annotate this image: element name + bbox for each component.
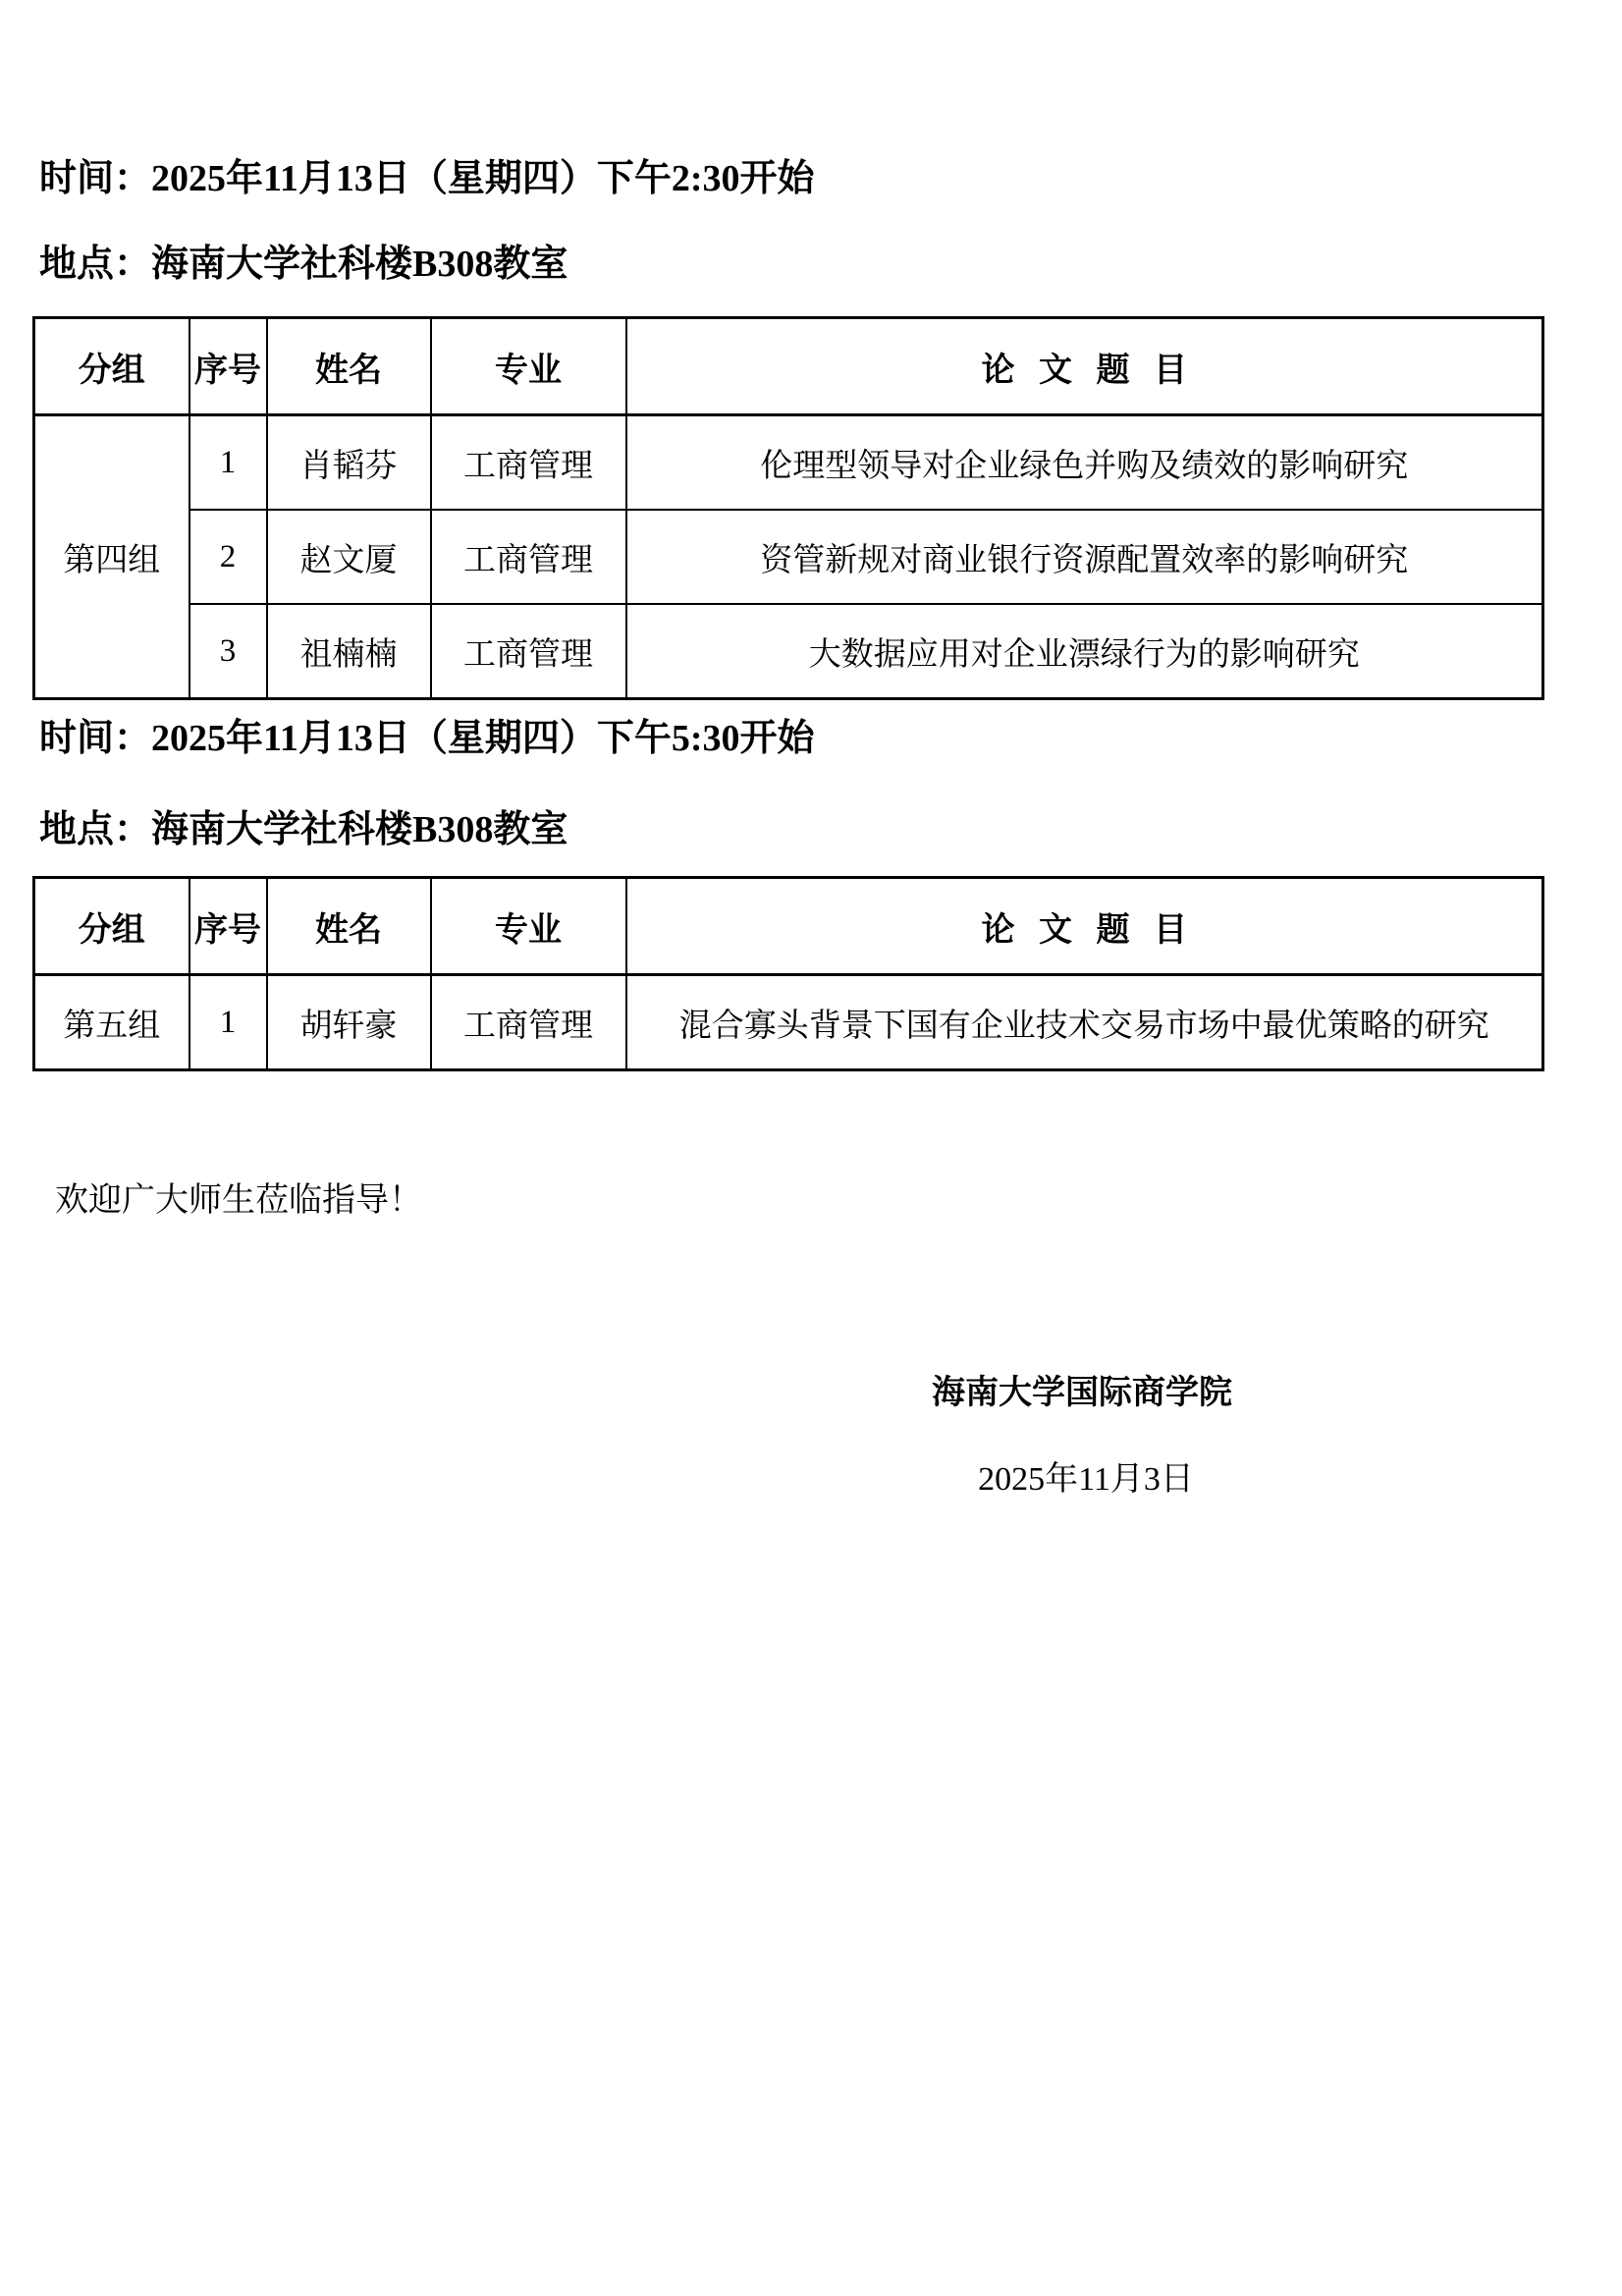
table-header-row: 分组 序号 姓名 专业 论 文 题 目	[34, 318, 1543, 415]
document-page: 时间：2025年11月13日（星期四）下午2:30开始 地点：海南大学社科楼B3…	[0, 0, 1622, 2296]
col-header-seq: 序号	[189, 318, 267, 415]
name-cell: 肖韬芬	[267, 415, 431, 511]
title-cell: 资管新规对商业银行资源配置效率的影响研究	[626, 510, 1543, 604]
session1-place-line: 地点：海南大学社科楼B308教室	[39, 246, 568, 283]
signature-org: 海南大学国际商学院	[932, 1377, 1232, 1410]
col-header-major: 专业	[431, 878, 626, 975]
seq-cell: 1	[189, 975, 267, 1070]
name-cell: 祖楠楠	[267, 604, 431, 699]
signature-date: 2025年11月3日	[978, 1463, 1194, 1497]
title-cell: 大数据应用对企业漂绿行为的影响研究	[626, 604, 1543, 699]
col-header-seq: 序号	[189, 878, 267, 975]
major-cell: 工商管理	[431, 510, 626, 604]
session2-place-line: 地点：海南大学社科楼B308教室	[39, 811, 568, 848]
major-cell: 工商管理	[431, 415, 626, 511]
seq-cell: 1	[189, 415, 267, 511]
name-cell: 胡轩豪	[267, 975, 431, 1070]
session2-defense-table: 分组 序号 姓名 专业 论 文 题 目 第五组 1 胡轩豪 工商管理 混合寡头背…	[32, 876, 1544, 1071]
title-cell: 混合寡头背景下国有企业技术交易市场中最优策略的研究	[626, 975, 1543, 1070]
table-row: 3 祖楠楠 工商管理 大数据应用对企业漂绿行为的影响研究	[34, 604, 1543, 699]
table-row: 第五组 1 胡轩豪 工商管理 混合寡头背景下国有企业技术交易市场中最优策略的研究	[34, 975, 1543, 1070]
table-header-row: 分组 序号 姓名 专业 论 文 题 目	[34, 878, 1543, 975]
major-cell: 工商管理	[431, 975, 626, 1070]
major-cell: 工商管理	[431, 604, 626, 699]
session1-time-line: 时间：2025年11月13日（星期四）下午2:30开始	[39, 160, 815, 197]
group-cell: 第四组	[34, 415, 189, 699]
title-cell: 伦理型领导对企业绿色并购及绩效的影响研究	[626, 415, 1543, 511]
seq-cell: 3	[189, 604, 267, 699]
session2-time-line: 时间：2025年11月13日（星期四）下午5:30开始	[39, 720, 815, 757]
table-row: 第四组 1 肖韬芬 工商管理 伦理型领导对企业绿色并购及绩效的影响研究	[34, 415, 1543, 511]
table-row: 2 赵文厦 工商管理 资管新规对商业银行资源配置效率的影响研究	[34, 510, 1543, 604]
col-header-title: 论 文 题 目	[626, 878, 1543, 975]
col-header-major: 专业	[431, 318, 626, 415]
name-cell: 赵文厦	[267, 510, 431, 604]
col-header-name: 姓名	[267, 318, 431, 415]
closing-remark: 欢迎广大师生莅临指导！	[55, 1184, 422, 1218]
group-cell: 第五组	[34, 975, 189, 1070]
col-header-group: 分组	[34, 878, 189, 975]
seq-cell: 2	[189, 510, 267, 604]
col-header-name: 姓名	[267, 878, 431, 975]
col-header-group: 分组	[34, 318, 189, 415]
col-header-title: 论 文 题 目	[626, 318, 1543, 415]
session1-defense-table: 分组 序号 姓名 专业 论 文 题 目 第四组 1 肖韬芬 工商管理 伦理型领导…	[32, 316, 1544, 700]
